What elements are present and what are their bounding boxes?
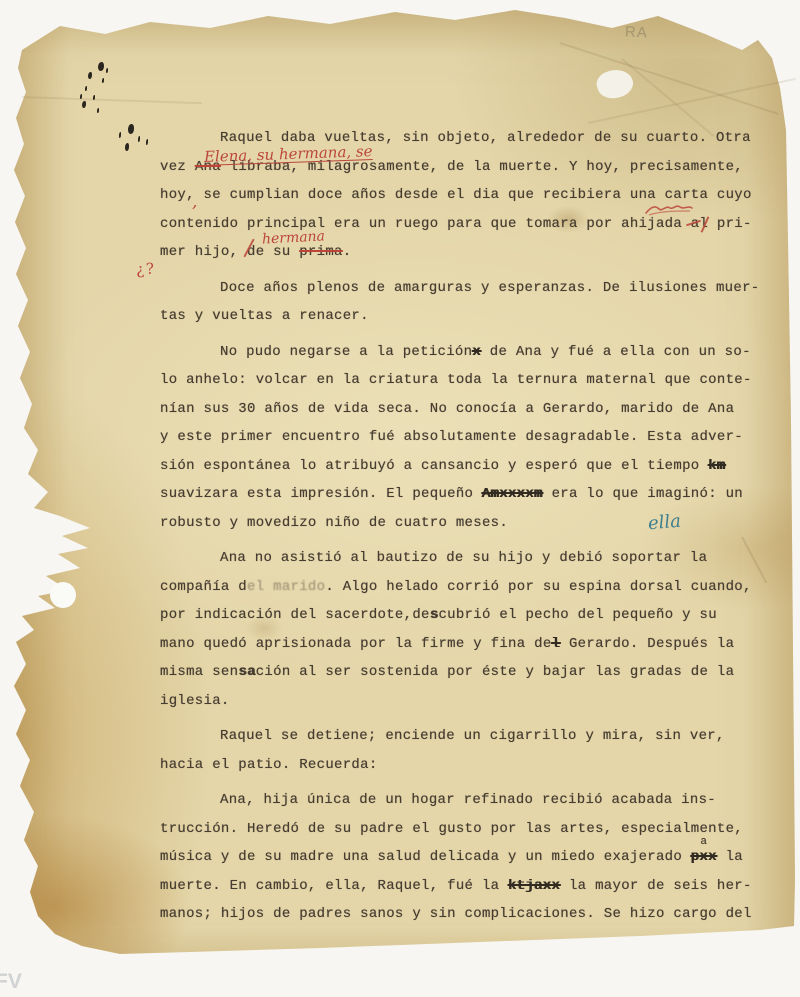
- typed-segment: Raquel se detiene; enciende un cigarrill…: [220, 728, 725, 744]
- typed-segment: iglesia.: [160, 693, 230, 709]
- pencil-mark: RA: [625, 23, 649, 41]
- typed-segment-strike: l: [552, 636, 561, 652]
- typed-segment: .: [343, 244, 352, 260]
- typed-line: y este primer encuentro fué absolutament…: [160, 423, 766, 452]
- typed-segment: No pudo negarse a la petición: [220, 344, 472, 360]
- typed-line: Raquel se detiene; enciende un cigarrill…: [160, 722, 766, 751]
- typed-segment: era lo que imaginó: un: [543, 486, 743, 502]
- punch-hole: [50, 582, 76, 608]
- typed-line: manos; hijos de padres sanos y sin compl…: [160, 900, 766, 929]
- paragraph: Ana, hija única de un hogar refinado rec…: [160, 786, 766, 929]
- typed-segment-strike: Amxxxxm: [482, 486, 543, 502]
- typed-segment-strike: x: [472, 344, 481, 360]
- typed-line: suavizara esta impresión. El pequeño Amx…: [160, 480, 766, 509]
- typed-segment: mano quedó aprisionada por la firme y fi…: [160, 636, 552, 652]
- typed-line: nían sus 30 años de vida seca. No conocí…: [160, 395, 766, 424]
- typed-line: compañía del marido. Algo helado corrió …: [160, 573, 766, 602]
- handwritten-comma: ,: [192, 192, 197, 212]
- typed-segment: Ana, hija única de un hogar refinado rec…: [220, 792, 716, 808]
- typed-segment: lo anhelo: volcar en la criatura toda la…: [160, 372, 752, 388]
- typed-segment: nían sus 30 años de vida seca. No conocí…: [160, 401, 734, 417]
- typed-segment-redstrike: prima: [299, 244, 343, 260]
- typed-segment-strike: km: [708, 458, 725, 474]
- typed-segment: tas y vueltas a renacer.: [160, 308, 369, 324]
- typed-segment: hacia el patio. Recuerda:: [160, 757, 378, 773]
- typed-line: música y de su madre una salud delicada …: [160, 843, 766, 872]
- typed-segment: la: [717, 849, 743, 865]
- corner-faint-mark: FV: [0, 970, 22, 994]
- typed-line: sión espontánea lo atribuyó a cansancio …: [160, 452, 766, 481]
- typed-line: iglesia.: [160, 687, 766, 716]
- typed-line: Doce años plenos de amarguras y esperanz…: [160, 274, 766, 303]
- paragraph: Doce años plenos de amarguras y esperanz…: [160, 274, 766, 331]
- typed-segment-faded: el marido: [247, 579, 325, 595]
- paragraph: Raquel se detiene; enciende un cigarrill…: [160, 722, 766, 779]
- typed-segment: Doce años plenos de amarguras y esperanz…: [220, 280, 759, 296]
- typed-segment: manos; hijos de padres sanos y sin compl…: [160, 906, 752, 922]
- typed-line: misma sensación al ser sostenida por ést…: [160, 658, 766, 687]
- typed-segment-overtype: sa: [238, 664, 255, 680]
- paragraph: Ana no asistió al bautizo de su hijo y d…: [160, 544, 766, 715]
- typed-line: Ana no asistió al bautizo de su hijo y d…: [160, 544, 766, 573]
- typed-superscript: a: [700, 837, 707, 848]
- typed-segment: muerte. En cambio, ella, Raquel, fué la: [160, 878, 508, 894]
- typed-line: mano quedó aprisionada por la firme y fi…: [160, 630, 766, 659]
- scanned-document: Raquel daba vueltas, sin objeto, alreded…: [0, 0, 800, 997]
- typed-segment: sión espontánea lo atribuyó a cansancio …: [160, 458, 708, 474]
- handwritten-word-blue: ella: [647, 511, 682, 535]
- typed-segment: . Algo helado corrió por su espina dorsa…: [325, 579, 751, 595]
- typed-line: No pudo negarse a la peticiónx de Ana y …: [160, 338, 766, 367]
- margin-question-mark: ¿?: [135, 259, 156, 278]
- typed-segment-strike: ktjaxx: [508, 878, 560, 894]
- typed-segment: la mayor de seis her-: [560, 878, 751, 894]
- typed-segment: por indicación del sacerdote,de: [160, 607, 430, 623]
- typed-segment-strike: pxxa: [691, 849, 717, 865]
- typed-line: trucción. Heredó de su padre el gusto po…: [160, 815, 766, 844]
- typed-segment: de Ana y fué a ella con un so-: [481, 344, 751, 360]
- typed-segment: compañía d: [160, 579, 247, 595]
- typed-segment: trucción. Heredó de su padre el gusto po…: [160, 821, 743, 837]
- typed-segment: cubrió el pecho del pequeño y su: [438, 607, 716, 623]
- typed-segment: robusto y movedizo niño de cuatro meses.: [160, 515, 508, 531]
- typed-segment: misma sen: [160, 664, 238, 680]
- typed-segment: ción al ser sostenida por éste y bajar l…: [256, 664, 735, 680]
- typed-line: tas y vueltas a renacer.: [160, 302, 766, 331]
- typed-line: lo anhelo: volcar en la criatura toda la…: [160, 366, 766, 395]
- typed-segment: vez: [160, 159, 195, 175]
- typed-segment: Gerardo. Después la: [560, 636, 734, 652]
- typed-line: por indicación del sacerdote,descubrió e…: [160, 601, 766, 630]
- typed-segment: suavizara esta impresión. El pequeño: [160, 486, 482, 502]
- paragraph: No pudo negarse a la peticiónx de Ana y …: [160, 338, 766, 538]
- handwritten-correction: hermana: [262, 228, 326, 247]
- typed-segment: y este primer encuentro fué absolutament…: [160, 429, 743, 445]
- typed-segment: música y de su madre una salud delicada …: [160, 849, 691, 865]
- typed-segment: Ana no asistió al bautizo de su hijo y d…: [220, 550, 707, 566]
- typed-line: muerte. En cambio, ella, Raquel, fué la …: [160, 872, 766, 901]
- red-scribble: [643, 199, 695, 219]
- typed-line: Ana, hija única de un hogar refinado rec…: [160, 786, 766, 815]
- typed-line: hacia el patio. Recuerda:: [160, 751, 766, 780]
